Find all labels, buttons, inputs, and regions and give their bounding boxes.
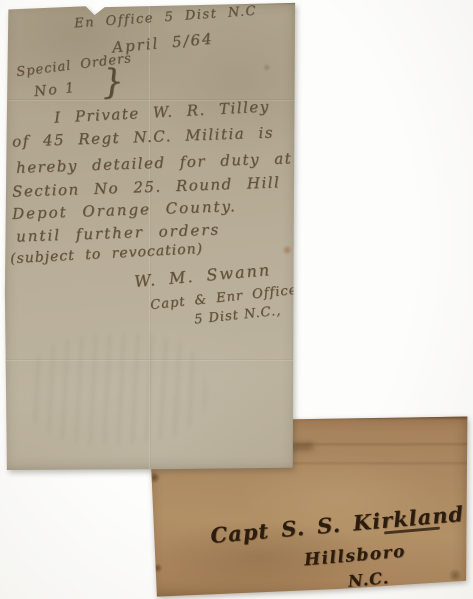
letter-body-line-3: hereby detailed for duty at [16, 149, 293, 177]
letter: En Office 5 Dist N.C April 5/64 Special … [4, 2, 296, 470]
signature-name: W. M. Swann [133, 260, 271, 291]
letter-body-line-4: Section No 25. Round Hill [12, 173, 281, 200]
brace-glyph: } [101, 61, 125, 102]
envelope-address-name: Capt S. S. Kirkland [209, 501, 465, 548]
letter-heading-office: En Office 5 Dist N.C [74, 4, 258, 32]
letter-body-line-7: (subject to revocation) [10, 241, 204, 267]
envelope-address-city: Hillsboro [303, 542, 406, 571]
envelope-address-state: N.C. [347, 568, 390, 591]
photo-canvas: Capt S. S. Kirkland Hillsboro N.C. En Of… [0, 0, 473, 599]
letter-body-line-2: of 45 Regt N.C. Militia is [12, 123, 274, 150]
letter-body-line-1: I Private W. R. Tilley [54, 97, 270, 126]
letter-order-number: No 1 [33, 80, 76, 100]
ink-bleed-through [24, 331, 208, 447]
letter-body-line-5: Depot Orange County. [12, 197, 237, 223]
letter-paper: En Office 5 Dist N.C April 5/64 Special … [4, 2, 296, 470]
